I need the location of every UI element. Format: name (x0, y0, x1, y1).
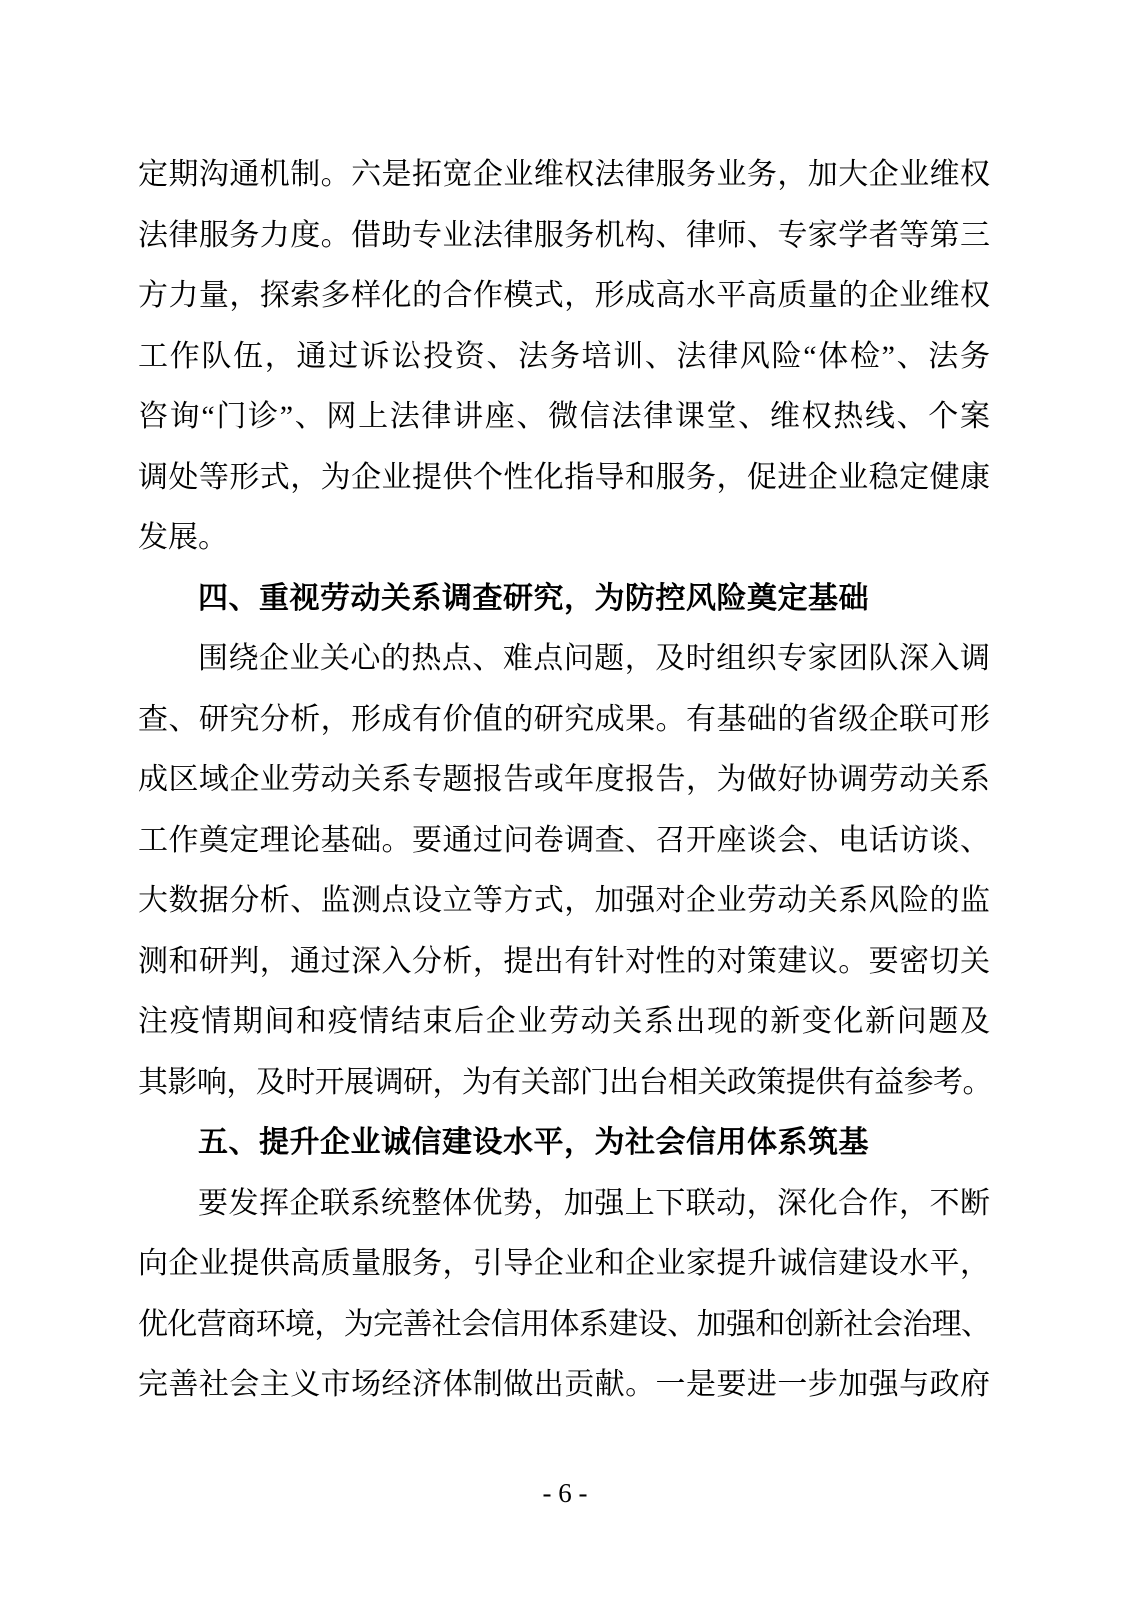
document-body: 定期沟通机制。六是拓宽企业维权法律服务业务，加大企业维权 法律服务力度。借助专业… (138, 145, 990, 1416)
body-line: 完善社会主义市场经济体制做出贡献。一是要进一步加强与政府 (138, 1355, 990, 1416)
body-line: 向企业提供高质量服务，引导企业和企业家提升诚信建设水平， (138, 1234, 990, 1295)
body-line: 要发挥企联系统整体优势，加强上下联动，深化合作，不断 (138, 1174, 990, 1235)
section-heading-4: 四、重视劳动关系调查研究，为防控风险奠定基础 (138, 569, 990, 630)
page-number: - 6 - (0, 1478, 1130, 1509)
body-line: 工作奠定理论基础。要通过问卷调查、召开座谈会、电话访谈、 (138, 811, 990, 872)
body-line: 大数据分析、监测点设立等方式，加强对企业劳动关系风险的监 (138, 871, 990, 932)
body-line: 成区域企业劳动关系专题报告或年度报告，为做好协调劳动关系 (138, 750, 990, 811)
section-heading-5: 五、提升企业诚信建设水平，为社会信用体系筑基 (138, 1113, 990, 1174)
body-line: 查、研究分析，形成有价值的研究成果。有基础的省级企联可形 (138, 690, 990, 751)
body-line: 咨询“门诊”、网上法律讲座、微信法律课堂、维权热线、个案 (138, 387, 990, 448)
body-line: 工作队伍，通过诉讼投资、法务培训、法律风险“体检”、法务 (138, 327, 990, 388)
body-line: 优化营商环境，为完善社会信用体系建设、加强和创新社会治理、 (138, 1295, 990, 1356)
body-line: 法律服务力度。借助专业法律服务机构、律师、专家学者等第三 (138, 206, 990, 267)
body-line: 定期沟通机制。六是拓宽企业维权法律服务业务，加大企业维权 (138, 145, 990, 206)
body-line: 调处等形式，为企业提供个性化指导和服务，促进企业稳定健康 (138, 448, 990, 509)
body-line: 发展。 (138, 508, 990, 569)
body-line: 其影响，及时开展调研，为有关部门出台相关政策提供有益参考。 (138, 1053, 990, 1114)
body-line: 注疫情期间和疫情结束后企业劳动关系出现的新变化新问题及 (138, 992, 990, 1053)
document-page: 定期沟通机制。六是拓宽企业维权法律服务业务，加大企业维权 法律服务力度。借助专业… (0, 0, 1130, 1600)
body-line: 围绕企业关心的热点、难点问题，及时组织专家团队深入调 (138, 629, 990, 690)
body-line: 方力量，探索多样化的合作模式，形成高水平高质量的企业维权 (138, 266, 990, 327)
body-line: 测和研判，通过深入分析，提出有针对性的对策建议。要密切关 (138, 932, 990, 993)
